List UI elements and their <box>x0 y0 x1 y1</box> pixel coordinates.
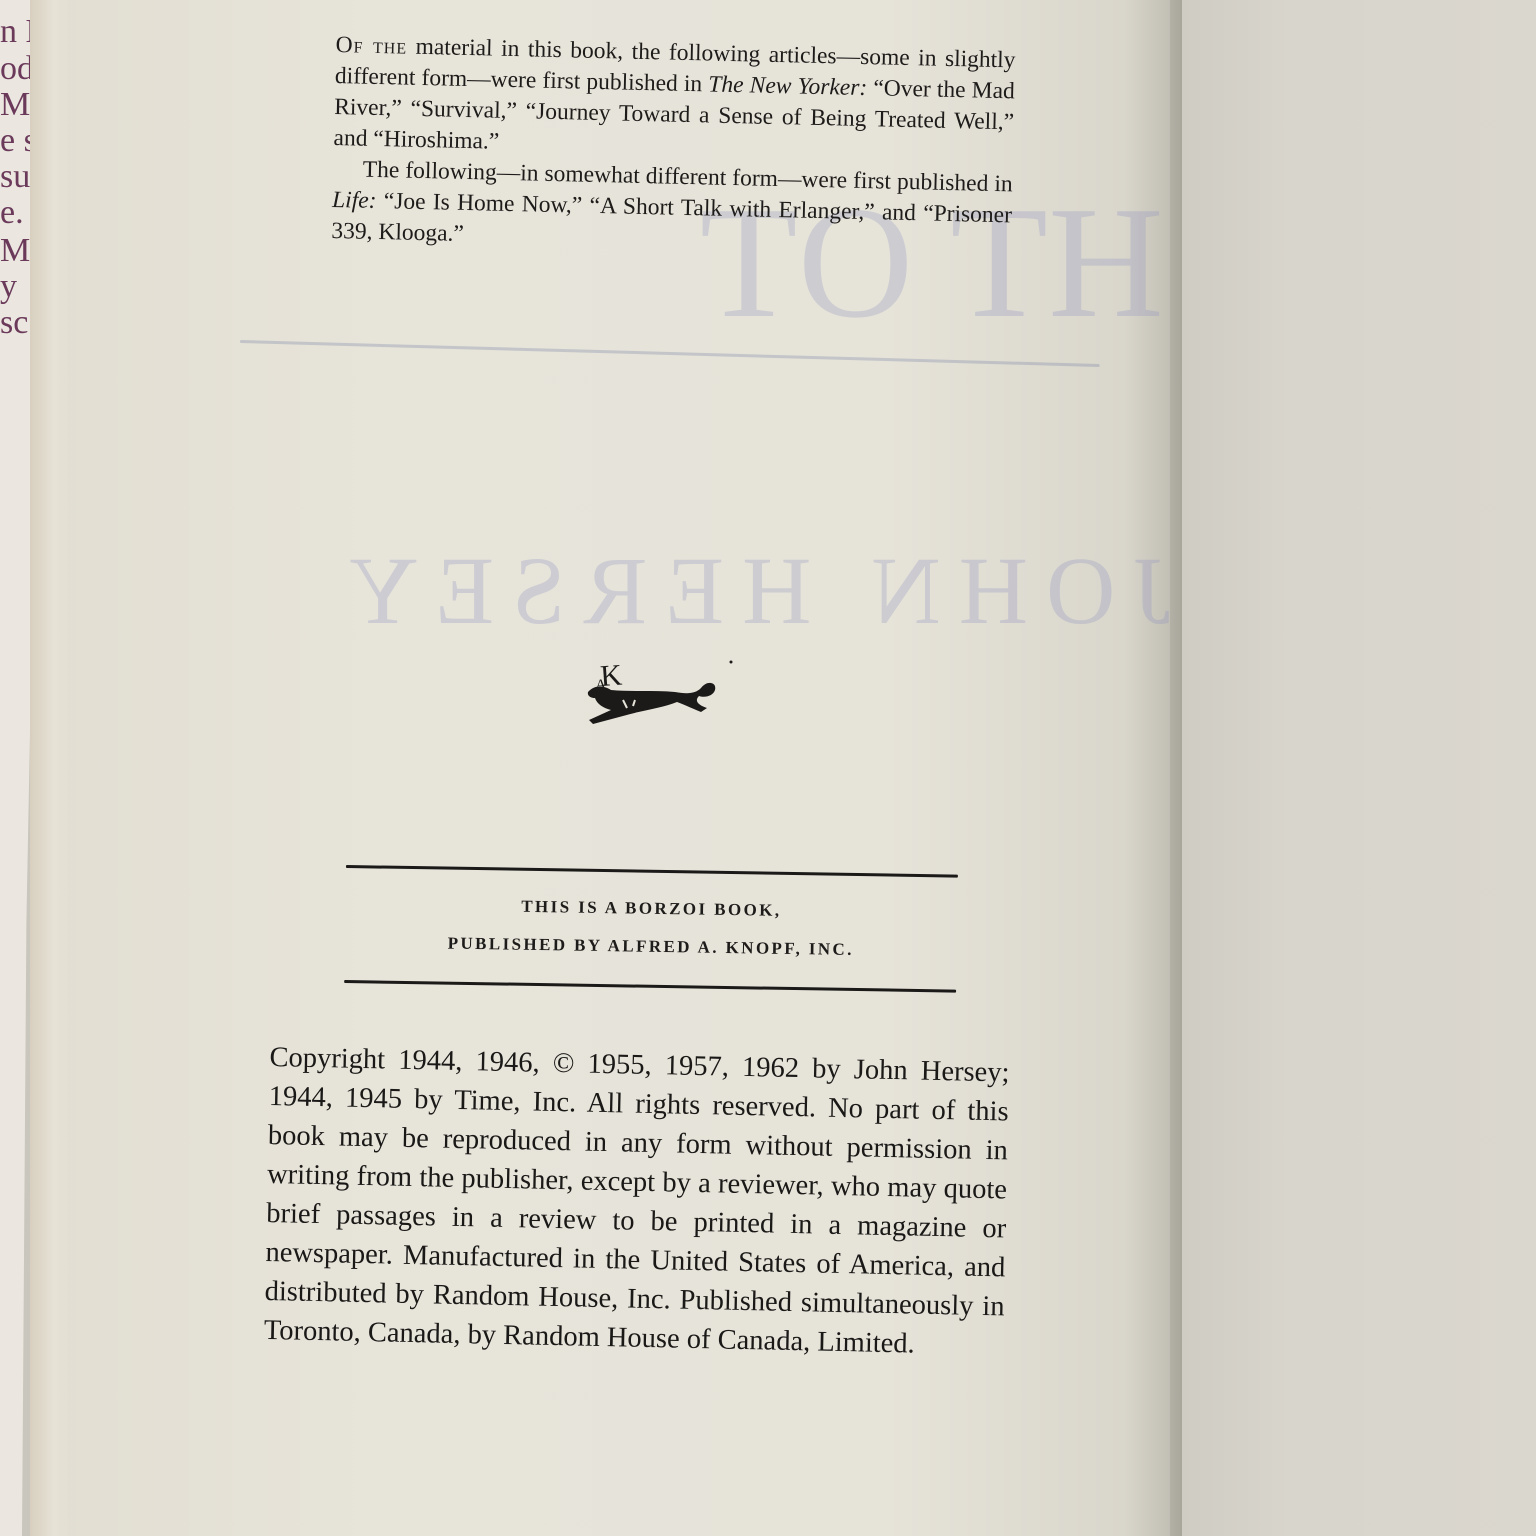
magazine-name: Life: <box>332 187 377 214</box>
facing-page <box>1182 0 1536 1536</box>
copyright-notice: Copyright 1944, 1946, © 1955, 1957, 1962… <box>263 1038 1009 1365</box>
left-page-text-fragment: sc <box>0 306 28 340</box>
imprint-rule-bottom <box>344 980 956 993</box>
magazine-name: The New Yorker: <box>708 71 867 101</box>
left-page-text-fragment: M <box>0 234 30 268</box>
article-titles: “Joe Is Home Now,” “A Short Talk with Er… <box>331 188 1012 247</box>
torn-page-edge <box>30 0 70 1536</box>
imprint-line: PUBLISHED BY ALFRED A. KNOPF, INC. <box>345 932 957 962</box>
acknowledgments-block: Of the material in this book, the follow… <box>331 30 1016 262</box>
acknowledgments-paragraph: The following—in somewhat different form… <box>331 154 1013 262</box>
publisher-imprint: THIS IS A BORZOI BOOK, PUBLISHED BY ALFR… <box>344 865 958 1025</box>
imprint-line: THIS IS A BORZOI BOOK, <box>345 894 957 924</box>
acknowledgments-paragraph: Of the material in this book, the follow… <box>333 30 1016 169</box>
left-page-text-fragment: y <box>0 270 17 304</box>
paragraph-lead: Of the <box>335 32 407 60</box>
showthrough-author-title: JOHN HERSEY <box>330 535 1171 646</box>
borzoi-dog-knopf-icon: K A <box>583 650 743 730</box>
left-page-text-fragment: e. <box>0 196 24 230</box>
book-gutter <box>1170 0 1182 1536</box>
left-page-text-fragment: su <box>0 160 30 194</box>
